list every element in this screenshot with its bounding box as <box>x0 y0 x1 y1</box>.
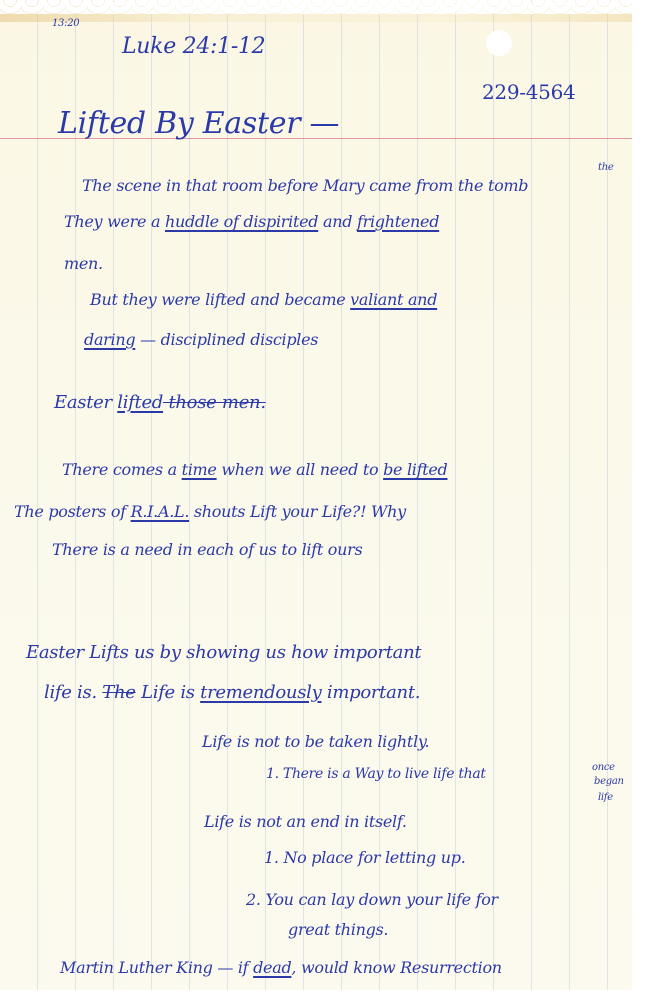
text: There comes a <box>62 460 182 479</box>
margin-note-1: once <box>592 762 615 773</box>
torn-edge <box>0 0 632 14</box>
underlined-text: frightened <box>357 212 439 231</box>
corner-note: 13:20 <box>52 18 79 29</box>
margin-note-3: life <box>598 792 613 803</box>
text: — disciplined disciples <box>135 330 318 349</box>
line-17: great things. <box>288 920 388 939</box>
underlined-text: tremendously <box>200 682 321 703</box>
text: Life is <box>136 682 200 703</box>
inserted-word: the <box>598 162 613 173</box>
line-11: life is. The Life is tremendously import… <box>44 682 420 703</box>
text: But they were lifted and became <box>90 290 350 309</box>
line-7: There comes a time when we all need to b… <box>62 460 448 479</box>
text: Easter <box>54 392 117 413</box>
line-3: men. <box>64 254 103 273</box>
line-4: But they were lifted and became valiant … <box>90 290 437 309</box>
struck-text: those men. <box>163 392 266 413</box>
line-16: 2. You can lay down your life for <box>246 890 498 909</box>
underlined-text: dead <box>253 958 291 977</box>
underlined-text: daring <box>84 330 135 349</box>
line-2: They were a huddle of dispirited and fri… <box>64 212 439 231</box>
line-8: The posters of R.I.A.L. shouts Lift your… <box>14 502 406 521</box>
punch-hole <box>486 30 512 56</box>
text: They were a <box>64 212 165 231</box>
underlined-text: R.I.A.L. <box>131 502 190 521</box>
line-18: Martin Luther King — if dead, would know… <box>60 958 502 977</box>
notebook-page: 13:20 Luke 24:1-12 229-4564 Lifted By Ea… <box>0 0 632 990</box>
line-9: There is a need in each of us to lift ou… <box>52 540 362 559</box>
underlined-text: huddle of dispirited <box>165 212 318 231</box>
margin-note-2: began <box>594 776 624 787</box>
underlined-text: lifted <box>117 392 163 413</box>
underlined-text: valiant and <box>350 290 437 309</box>
struck-text: The <box>102 682 135 703</box>
phone-note: 229-4564 <box>482 80 575 104</box>
line-5: daring — disciplined disciples <box>84 330 318 349</box>
text: life is. <box>44 682 102 703</box>
underlined-text: time <box>182 460 217 479</box>
sermon-title: Lifted By Easter — <box>58 106 339 141</box>
text: The posters of <box>14 502 131 521</box>
line-12: Life is not to be taken lightly. <box>202 732 429 751</box>
line-15: 1. No place for letting up. <box>264 848 466 867</box>
line-14: Life is not an end in itself. <box>204 812 407 831</box>
text: , would know Resurrection <box>291 958 501 977</box>
line-1: The scene in that room before Mary came … <box>82 176 528 195</box>
scripture-reference: Luke 24:1-12 <box>122 34 265 59</box>
text: important. <box>321 682 420 703</box>
line-13: 1. There is a Way to live life that <box>266 766 486 782</box>
text: when we all need to <box>217 460 383 479</box>
text: shouts Lift your Life?! Why <box>189 502 406 521</box>
text: and <box>318 212 357 231</box>
underlined-text: be lifted <box>383 460 447 479</box>
line-6: Easter lifted those men. <box>54 392 266 413</box>
line-10: Easter Lifts us by showing us how import… <box>26 642 421 663</box>
text: Martin Luther King — if <box>60 958 253 977</box>
ruled-columns <box>0 0 632 990</box>
